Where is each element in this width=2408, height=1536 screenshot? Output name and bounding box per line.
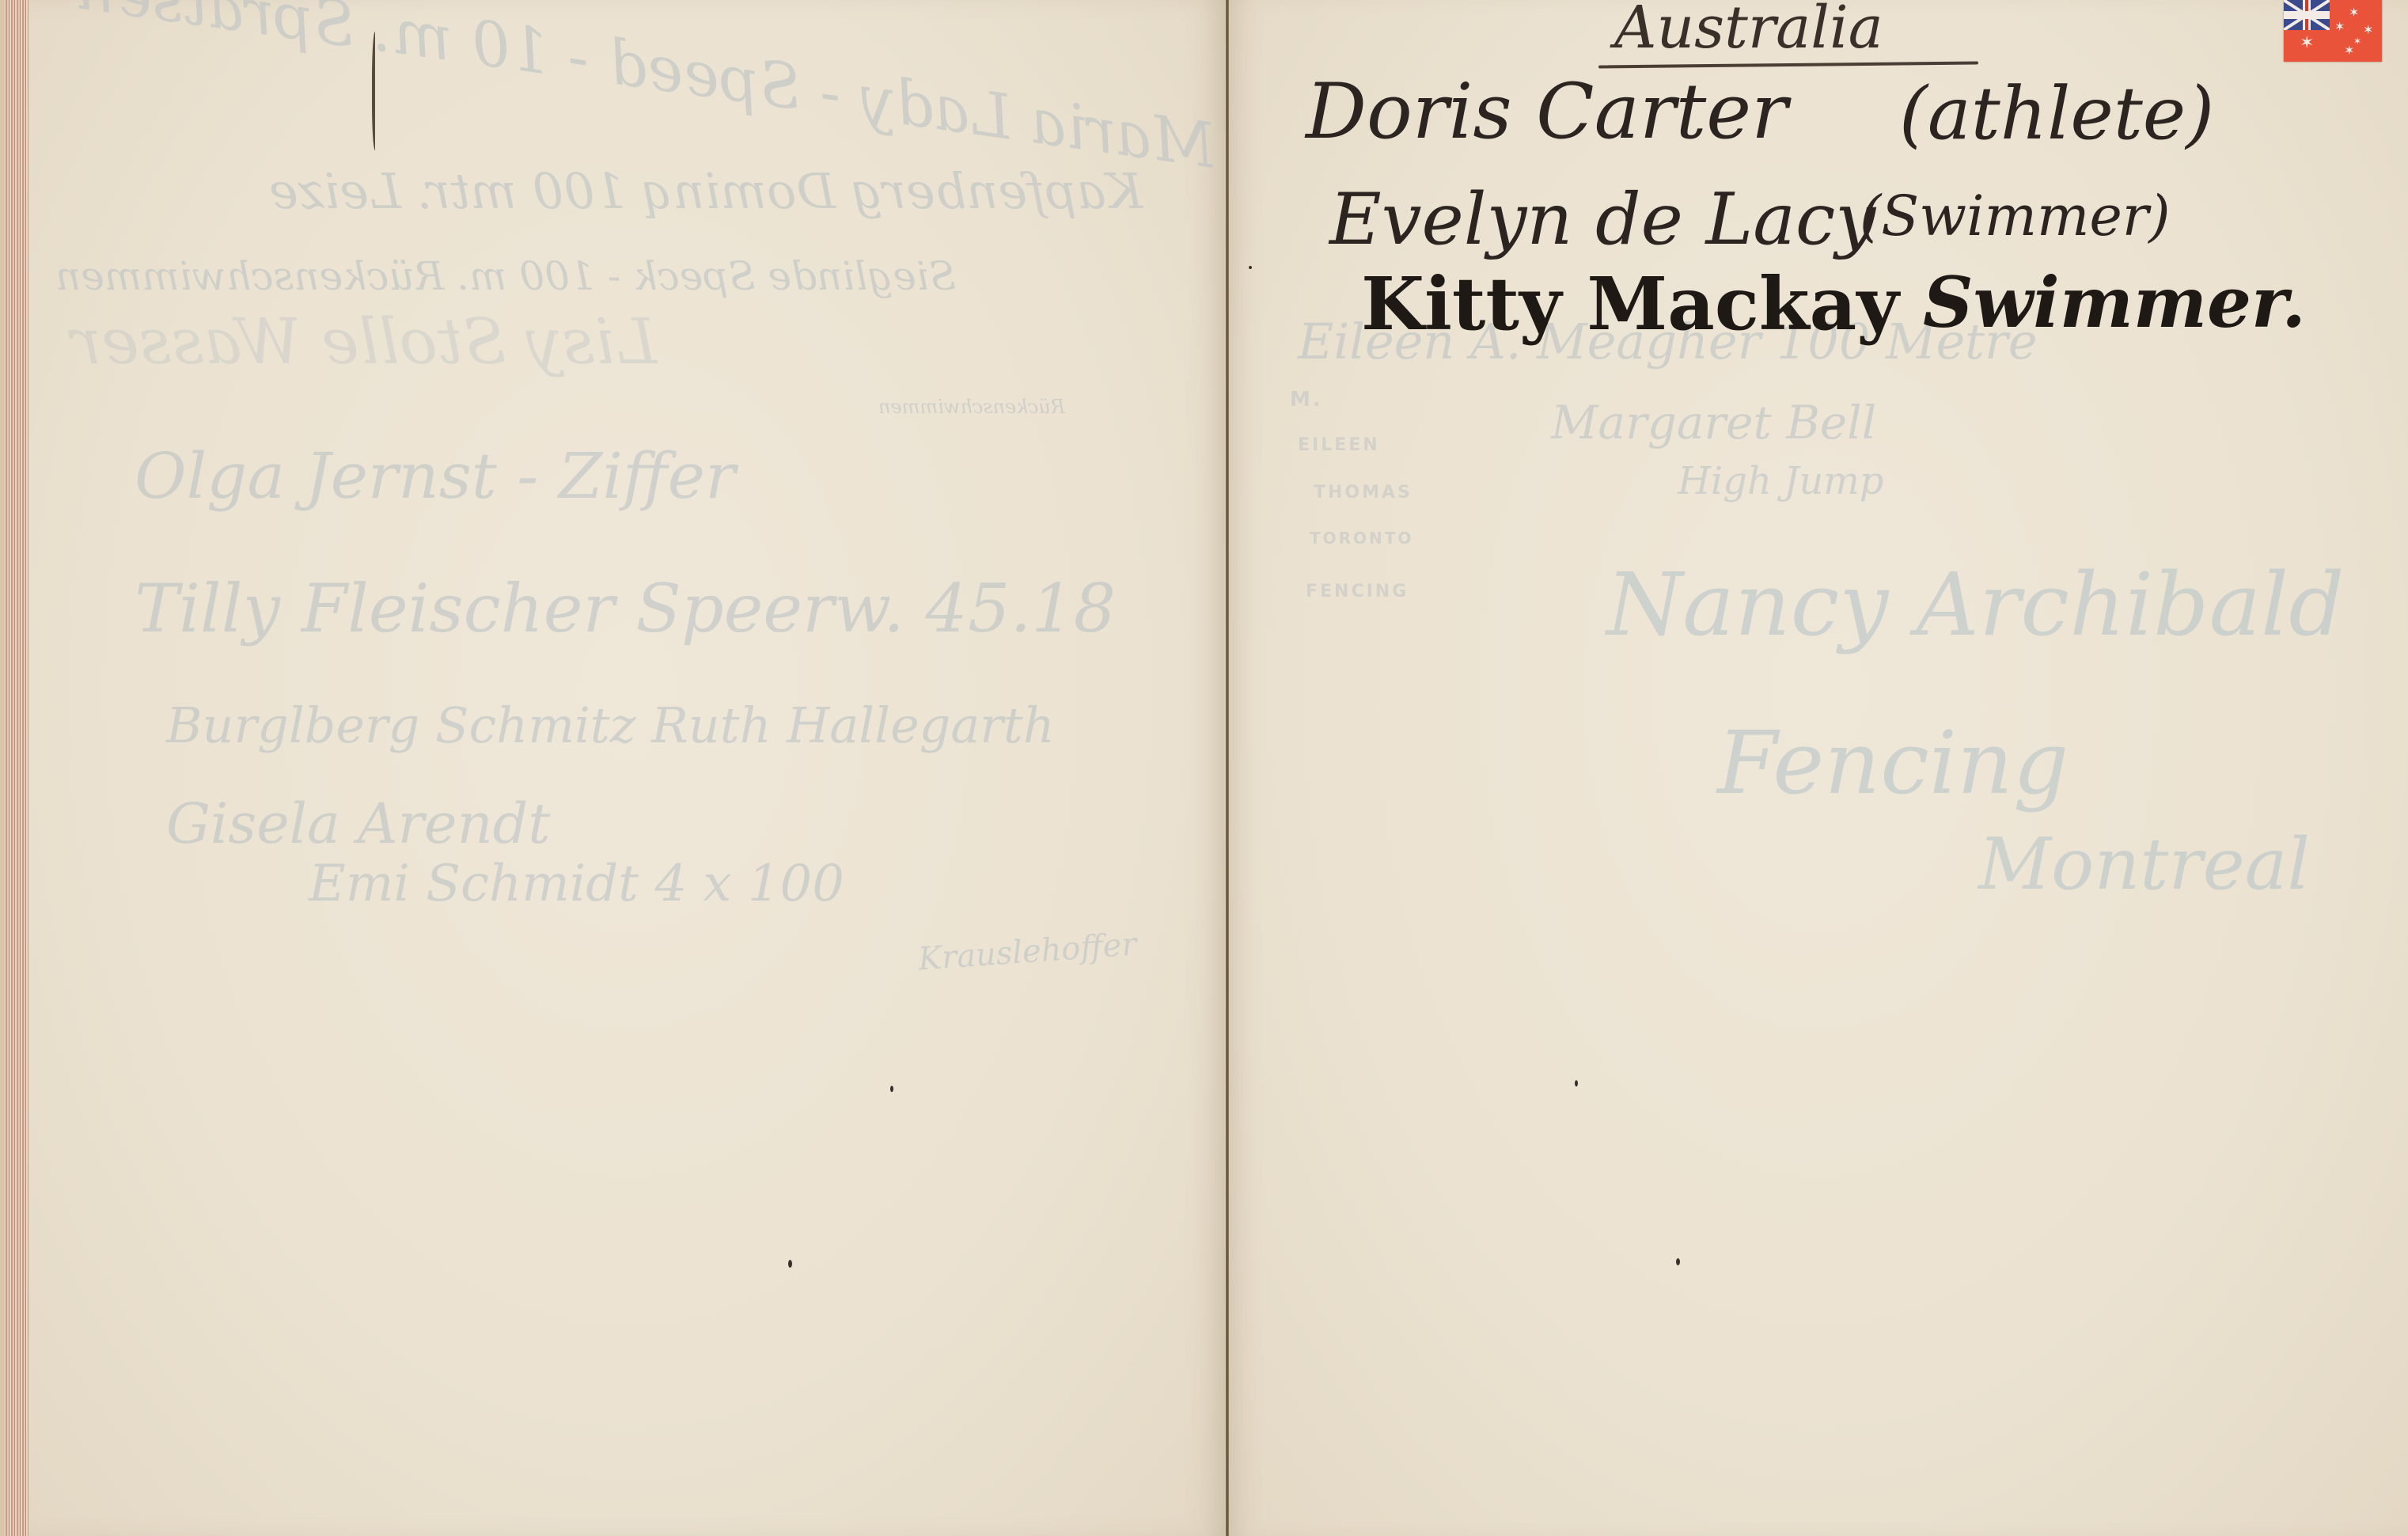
star-icon: ✶ — [2353, 36, 2361, 46]
paper-speck — [788, 1260, 792, 1268]
ghost-line: Margaret Bell — [1551, 396, 1876, 449]
page-edges — [0, 0, 28, 1536]
ghost-line: Nancy Archibald — [1606, 554, 2345, 655]
ghost-line: Emi Schmidt 4 x 100 — [309, 855, 844, 913]
ghost-line: Lisy Stolle Wasser — [71, 305, 657, 378]
stamp-line: THOMAS — [1314, 483, 1413, 503]
signature-name: Kitty Mackay — [1361, 261, 1899, 347]
ghost-line: Gisela Arendt — [166, 791, 551, 856]
star-icon: ✶ — [2300, 35, 2314, 52]
stamp-line: M. — [1290, 388, 1323, 411]
ghost-line: Sieglinde Speck - 100 m. Rückenschwimmen — [55, 253, 956, 299]
ink-stroke — [372, 32, 380, 150]
union-jack-canton — [2284, 0, 2330, 30]
signature-role: (athlete) — [1899, 71, 2214, 156]
ghost-line: Montreal — [1978, 823, 2310, 906]
stamp-line: FENCING — [1306, 582, 1409, 601]
star-icon: ✶ — [2334, 21, 2345, 33]
ghost-line: Olga Jernst - Ziffer — [135, 439, 735, 513]
star-icon: ✶ — [2344, 44, 2354, 57]
signature-name: Evelyn de Lacy — [1329, 178, 1875, 261]
paper-speck — [1676, 1258, 1680, 1265]
australian-flag-icon: ✶ ✶ ✶ ✶ ✶ ✶ — [2284, 0, 2382, 62]
book-spread: Maria Lady - Speed - 10 m. Spratsen Kapf… — [0, 0, 2408, 1536]
ghost-line: Tilly Fleischer Speerw. 45.18 — [135, 570, 1116, 647]
heading-australia: Australia — [1614, 0, 1883, 62]
signature-name: Doris Carter — [1306, 67, 1788, 156]
ghost-line: Fencing — [1717, 712, 2069, 814]
star-icon: ✶ — [2349, 6, 2359, 19]
star-icon: ✶ — [2363, 24, 2373, 36]
left-page — [28, 0, 1227, 1536]
signature-role: Swimmer. — [1923, 261, 2306, 343]
book-gutter — [1226, 0, 1229, 1536]
stamp-line: TORONTO — [1310, 529, 1413, 548]
signature-role: (Swimmer) — [1860, 184, 2171, 248]
paper-speck — [1249, 266, 1252, 269]
ghost-line: High Jump — [1678, 459, 1884, 503]
paper-speck — [1575, 1080, 1578, 1087]
stamp-line: EILEEN — [1298, 435, 1380, 455]
ghost-line: Kapfenberg Dominq 100 mtr. Leize — [269, 162, 1143, 220]
paper-speck — [890, 1086, 893, 1092]
ghost-line: Burglberg Schmitz Ruth Hallegarth — [166, 696, 1055, 754]
ghost-line: Rückenschwimmen — [878, 396, 1065, 418]
